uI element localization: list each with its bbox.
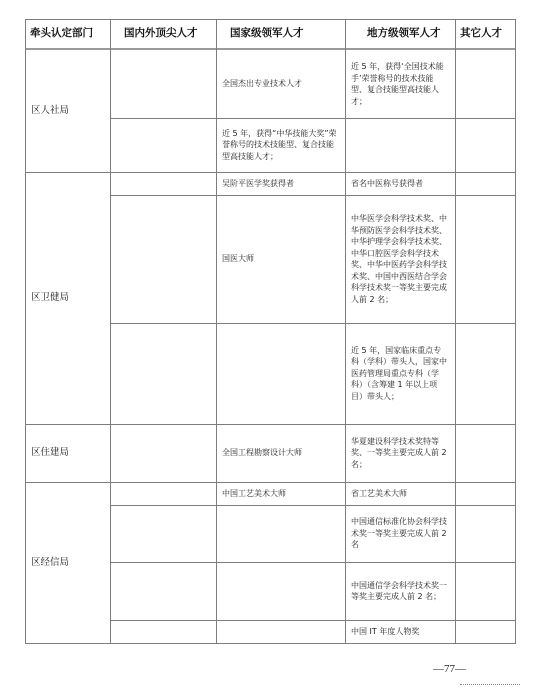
national-cell: 全国工程勘察设计大师 bbox=[216, 424, 345, 482]
header-top-talent: 国内外顶尖人才 bbox=[110, 19, 216, 48]
local-cell: 中国 IT 年度人物奖 bbox=[345, 620, 455, 643]
local-cell bbox=[345, 118, 455, 172]
col-divider bbox=[455, 19, 456, 644]
national-cell: 全国杰出专业技术人才 bbox=[216, 50, 345, 118]
national-cell bbox=[216, 323, 345, 424]
local-cell: 华夏建设科学技术奖特等奖、一等奖主要完成人前 2 名； bbox=[345, 424, 455, 482]
table-border-bottom bbox=[25, 643, 516, 644]
national-cell bbox=[216, 505, 345, 562]
dept-weijian: 区卫健局 bbox=[25, 172, 110, 424]
header-other-talent: 其它人才 bbox=[455, 19, 515, 48]
footer-decoration bbox=[460, 684, 520, 687]
local-cell: 中华医学会科学技术奖、中华预防医学会科学技术奖、中华护理学会科学技术奖、中华口腔… bbox=[345, 195, 455, 323]
local-cell: 近 5 年，获得‘全国技术能手’荣誉称号的技术技能型、复合技能型高技能人才； bbox=[345, 50, 455, 118]
local-cell: 近 5 年，国家临床重点专科（学科）带头人，国家中医药管理局重点专科（学科）（含… bbox=[345, 323, 455, 424]
national-cell: 吴阶平医学奖获得者 bbox=[216, 172, 345, 195]
national-cell bbox=[216, 562, 345, 620]
local-cell: 省名中医称号获得者 bbox=[345, 172, 455, 195]
local-cell: 中国通信标准化协会科学技术奖一等奖主要完成人前 2 名 bbox=[345, 505, 455, 562]
header-local-leader: 地方级领军人才 bbox=[345, 19, 455, 48]
header-national-leader: 国家级领军人才 bbox=[216, 19, 345, 48]
talent-classification-table: 牵头认定部门 国内外顶尖人才 国家级领军人才 地方级领军人才 其它人才 区人社局… bbox=[0, 0, 550, 689]
national-cell: 中国工艺美术大师 bbox=[216, 482, 345, 505]
page-number: —77— bbox=[433, 663, 466, 675]
national-cell: 近 5 年，获得“中华技能大奖”荣誉称号的技术技能型、复合技能型高技能人才； bbox=[216, 118, 345, 172]
local-cell: 省工艺美术大师 bbox=[345, 482, 455, 505]
dept-renshe: 区人社局 bbox=[25, 50, 110, 172]
dept-zhujian: 区住建局 bbox=[25, 424, 110, 482]
national-cell: 国医大师 bbox=[216, 195, 345, 323]
col-divider bbox=[515, 19, 516, 644]
local-cell: 中国通信学会科学技术奖一等奖主要完成人前 2 名； bbox=[345, 562, 455, 620]
col-divider bbox=[110, 19, 111, 644]
national-cell bbox=[216, 620, 345, 643]
dept-jingxin: 区经信局 bbox=[25, 482, 110, 643]
header-lead-department: 牵头认定部门 bbox=[25, 19, 110, 48]
